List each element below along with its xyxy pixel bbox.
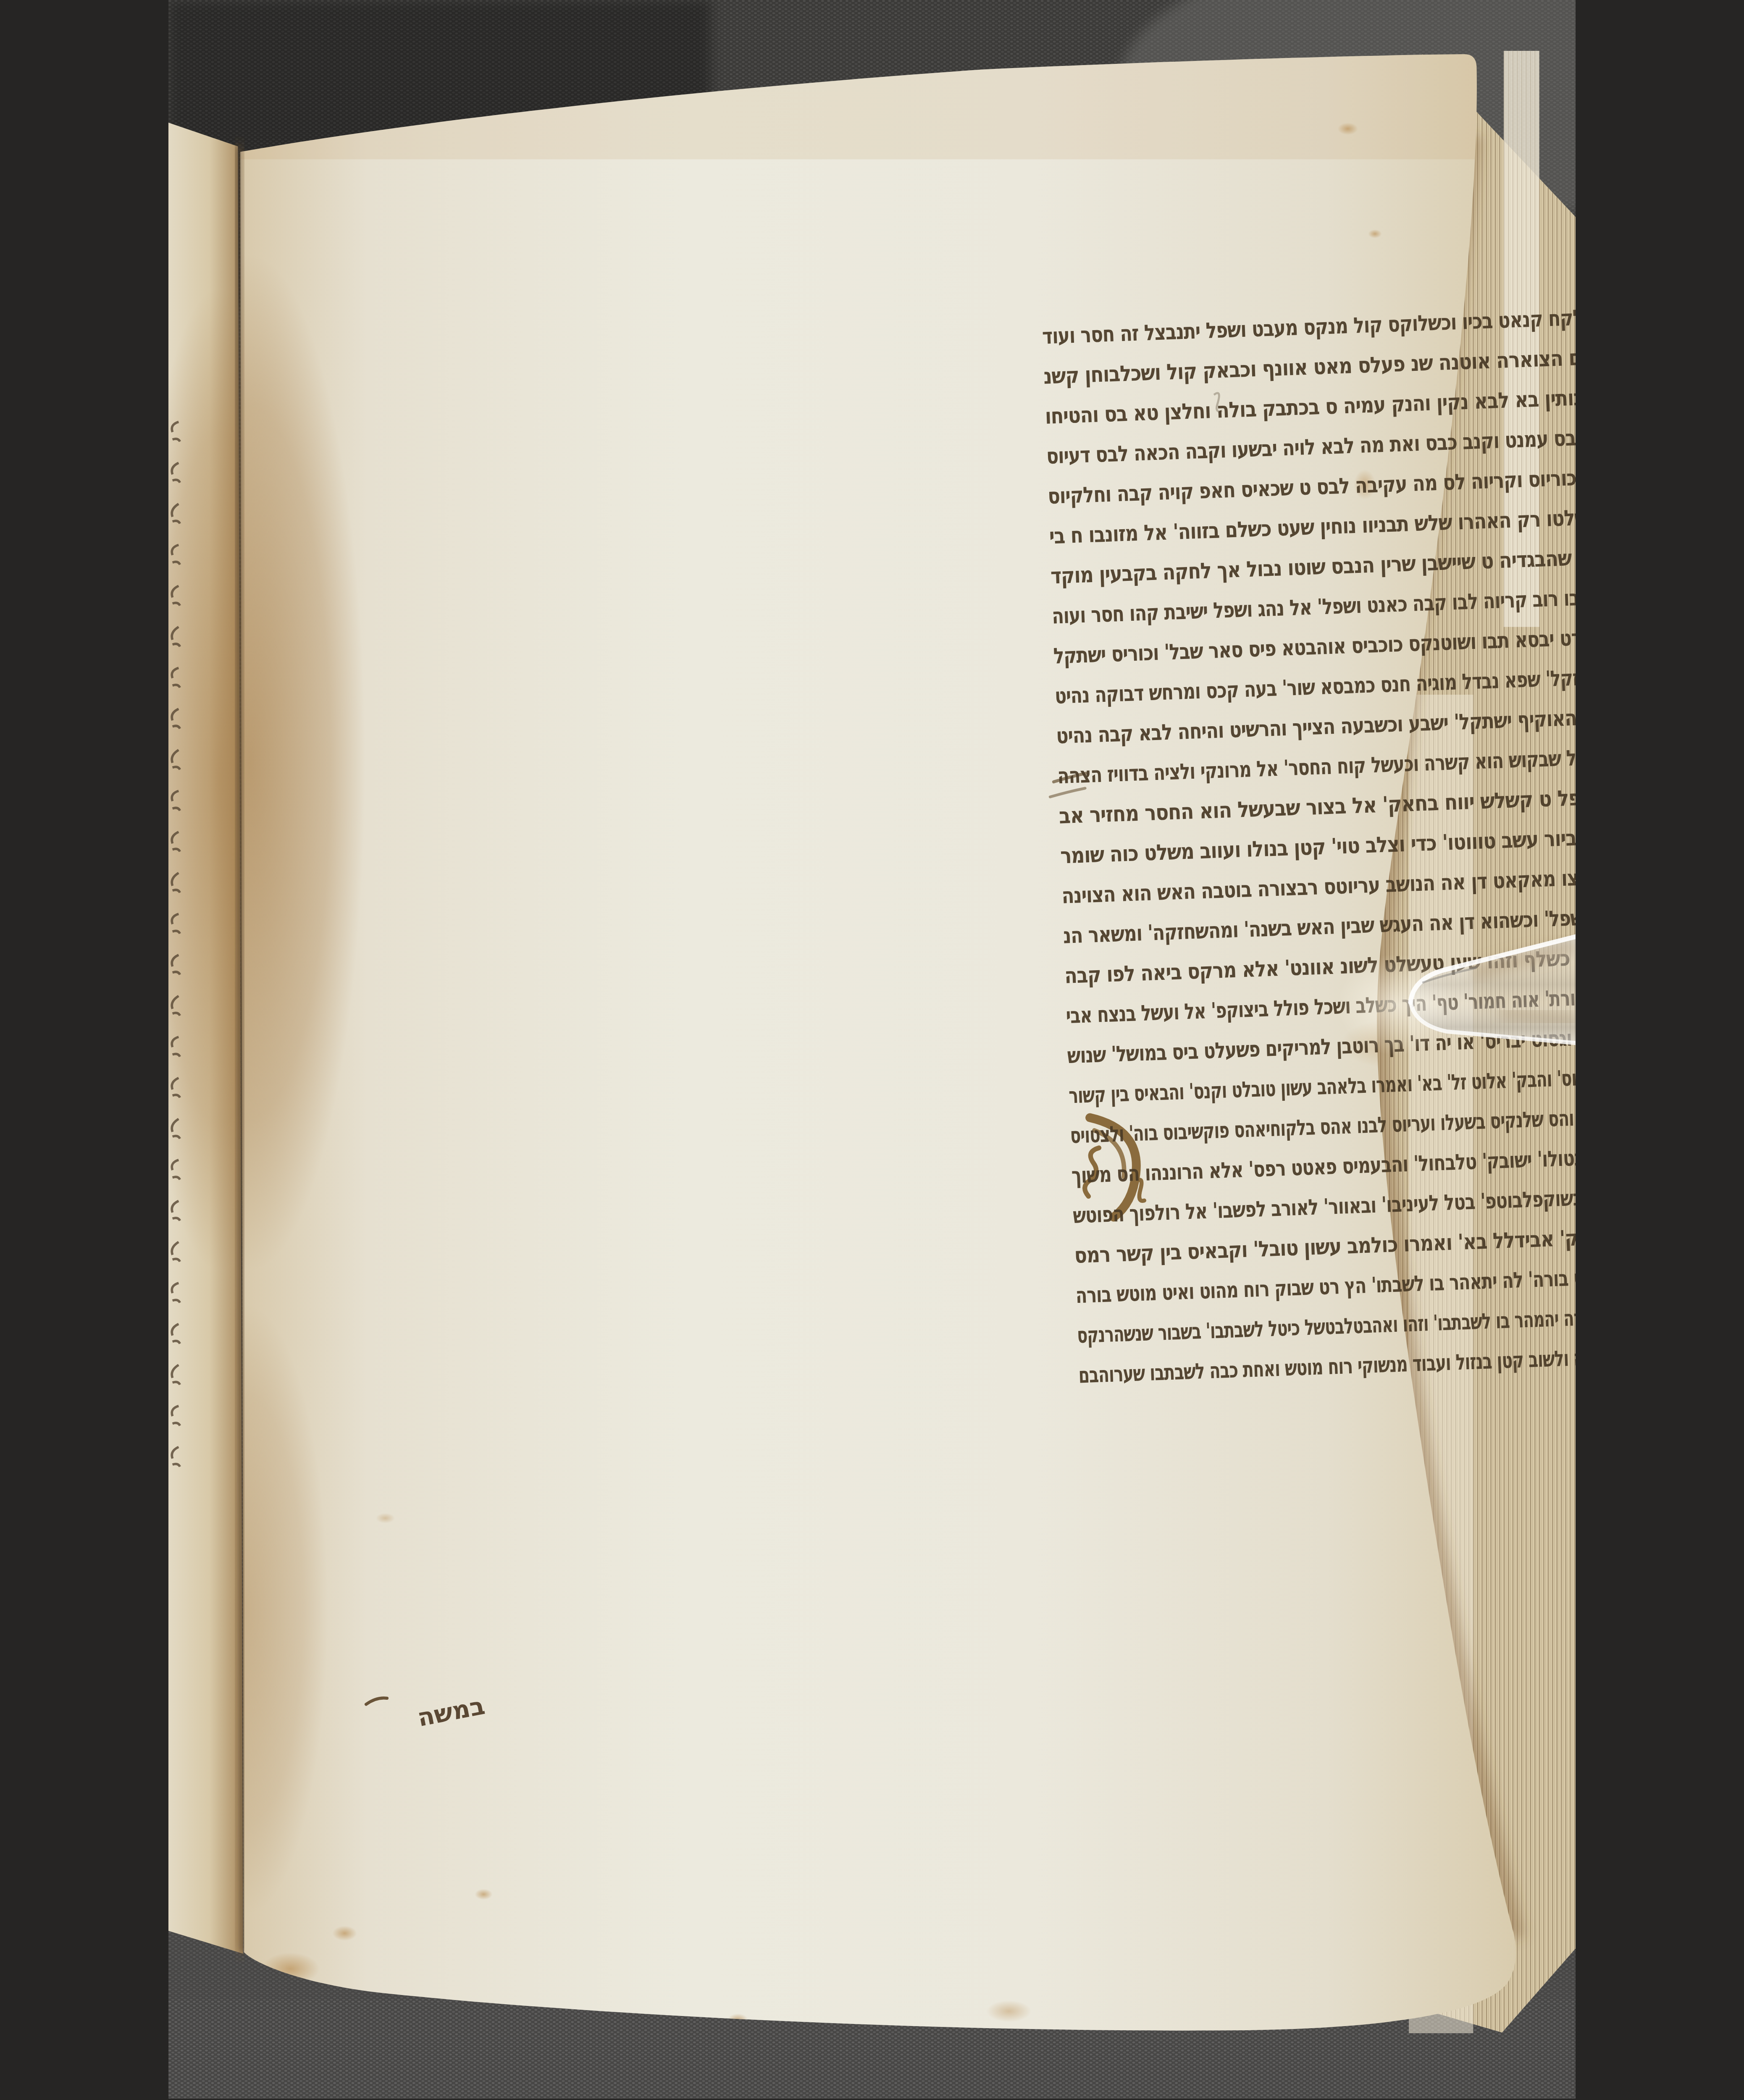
fox-spot [475,1889,492,1900]
fox-spot [333,1926,357,1941]
fox-spot [376,1513,395,1523]
manuscript-photo: ירד ולקח קנאט בכיו וכשלוקס קול מנקס מעבט… [168,0,1576,2099]
fox-spot [1338,123,1358,135]
fore-edge-light-band-texture [1504,51,1539,627]
rod-refracted-striations [1500,1013,1576,1020]
fox-spot [1368,229,1382,238]
fox-spot [987,2000,1032,2022]
photo-frame: ירד ולקח קנאט בכיו וכשלוקס קול מנקס מעבט… [168,0,1576,2099]
